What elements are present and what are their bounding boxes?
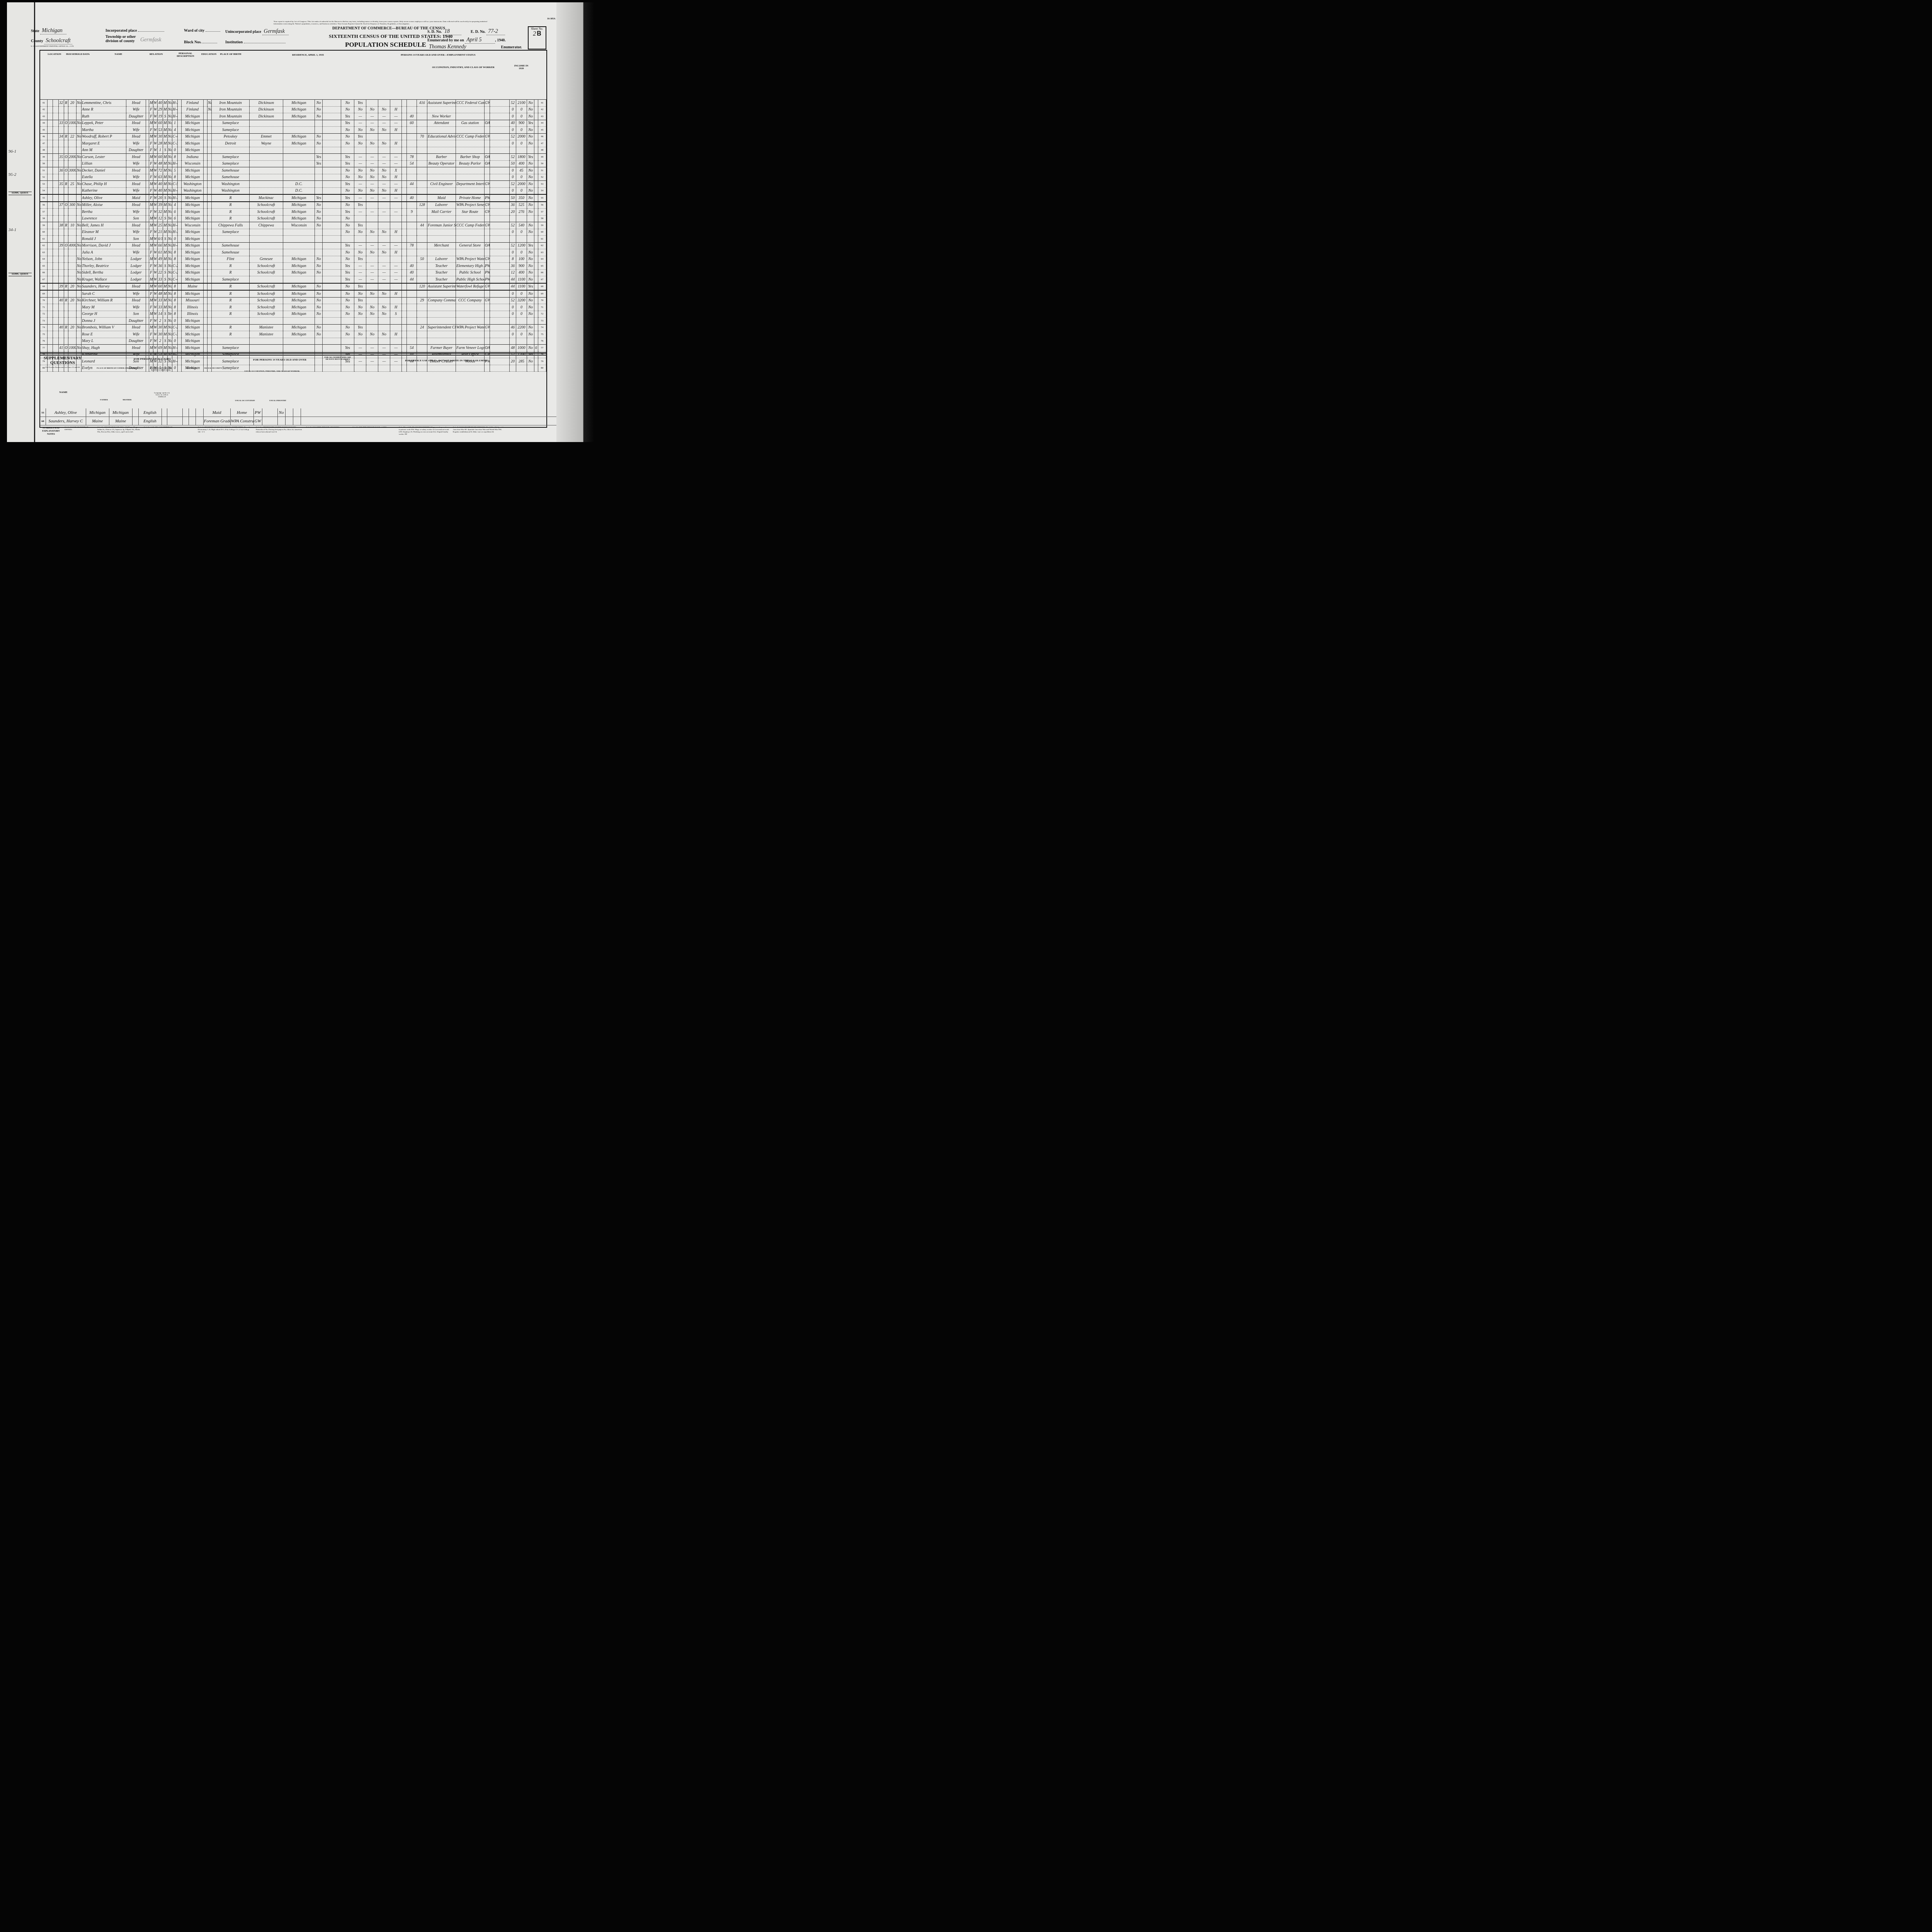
code-a-cell: [146, 318, 149, 325]
highest-grade-cell: H-2: [172, 100, 177, 107]
line-number-cell: 66: [40, 269, 47, 276]
farm-schedule-cell: [534, 304, 538, 311]
line-number-cell: 50: [40, 160, 47, 167]
code-f-cell: [490, 222, 510, 229]
supp-mother-tongue: MOTHER TONGUE (OR NATIVE LANGUAGE): [149, 367, 172, 371]
industry-cell: WPA Project Waterfowl Refuge: [456, 256, 484, 263]
age-cell: 22: [157, 269, 163, 276]
seeking-work-cell: [366, 236, 378, 243]
at-work-cell: No: [341, 133, 354, 140]
street-cell: [53, 324, 58, 331]
visit-number-cell: [47, 187, 53, 194]
visit-number-cell: [47, 290, 53, 297]
industry-cell: Department Interior: [456, 181, 484, 188]
supp-all-ages: FOR PERSONS OF ALL AGES: [106, 357, 199, 361]
hours-worked-cell: 44: [406, 276, 417, 283]
occupation-cell: New Worker: [427, 113, 456, 120]
other-income-cell: No: [527, 140, 534, 147]
residence-1935-city-cell: R: [212, 283, 249, 291]
street-cell: [53, 297, 58, 304]
visit-number-cell: [47, 324, 53, 331]
citizenship-cell: [207, 127, 212, 134]
wages-income-cell: 350: [516, 194, 527, 202]
owned-or-rented-cell: O: [64, 167, 68, 174]
code-a-cell: [146, 100, 149, 107]
code-d-cell: [323, 174, 341, 181]
class-of-worker-cell: GW: [484, 133, 490, 140]
occupation-cell: Foreman Junior Squad: [427, 222, 456, 229]
code-b-cell: [178, 120, 182, 127]
street-cell: [53, 100, 58, 107]
at-work-cell: Yes: [341, 242, 354, 249]
activity-cell: H: [390, 127, 402, 134]
person-name-cell: Katherine: [82, 187, 126, 194]
line-number-right-cell: 69: [538, 290, 546, 297]
citizenship-cell: [207, 256, 212, 263]
weeks-worked-cell: 0: [510, 311, 516, 318]
farm-schedule-cell: [534, 297, 538, 304]
code-a-cell: [146, 209, 149, 216]
home-value-cell: 20: [68, 283, 77, 291]
code-d-cell: [323, 338, 341, 345]
residence-1935-county-cell: [249, 187, 283, 194]
form-code: 16-305A: [547, 18, 555, 20]
person-name-cell: Mary L: [82, 338, 126, 345]
wages-income-cell: 100: [516, 256, 527, 263]
hours-worked-cell: [406, 297, 417, 304]
table-row: 4433O1000NoLeppek, PeterHeadMW60MNo1Mich…: [40, 120, 546, 127]
wages-income-cell: [516, 215, 527, 222]
visit-number-cell: [47, 133, 53, 140]
wages-income-cell: 0: [516, 127, 527, 134]
school-attendance-cell: No: [167, 147, 172, 154]
person-name-cell: Woodruff, Robert P: [82, 133, 126, 140]
code-a-cell: [146, 181, 149, 188]
seeking-work-cell: No: [366, 229, 378, 236]
farm-schedule-cell: [534, 256, 538, 263]
residence-1935-county-cell: Schoolcraft: [249, 311, 283, 318]
residence-1935-county-cell: [249, 167, 283, 174]
sex-cell: M: [149, 311, 153, 318]
owned-or-rented-cell: [64, 187, 68, 194]
weeks-unemployed-cell: [417, 276, 427, 283]
seeking-work-cell: No: [366, 167, 378, 174]
line-number-right-cell: 57: [538, 209, 546, 216]
code-b-cell: [178, 249, 182, 256]
school-attendance-cell: No: [167, 160, 172, 167]
code-c-cell: [203, 229, 207, 236]
supp-veterans: VETERANS: [181, 367, 202, 369]
line-number-cell: 68: [40, 417, 46, 425]
dwelling-number-cell: 38: [58, 222, 64, 229]
street-cell: [53, 276, 58, 283]
table-row: 71Mary MWifeFW33MNo8IllinoisRSchoolcraft…: [40, 304, 546, 311]
farm-schedule-cell: [534, 202, 538, 209]
seeking-work-cell: No: [366, 249, 378, 256]
wages-income-cell: 1100: [516, 283, 527, 291]
residence-1935-city-cell: [212, 236, 249, 243]
code-a-cell: [146, 304, 149, 311]
schedule-title: POPULATION SCHEDULE: [345, 41, 426, 49]
code-d-cell: [323, 324, 341, 331]
seeking-work-cell: —: [366, 154, 378, 161]
residence-1935-county-cell: Schoolcraft: [249, 263, 283, 270]
weeks-unemployed-cell: [417, 318, 427, 325]
class-of-worker-cell: [484, 290, 490, 297]
dwelling-number-cell: 34: [58, 133, 64, 140]
code-c-cell: [203, 269, 207, 276]
residence-1935-state-cell: Michigan: [283, 290, 315, 297]
table-row: 60Eleanor MWifeFW21MNoH-2MichiganSamepla…: [40, 229, 546, 236]
code-b-cell: [178, 222, 182, 229]
code-f-cell: [490, 290, 510, 297]
race-cell: W: [153, 276, 157, 283]
owned-or-rented-cell: [64, 256, 68, 263]
industry-cell: [456, 167, 484, 174]
line-number-right-cell: 52: [538, 174, 546, 181]
code-c-cell: [203, 209, 207, 216]
home-value-cell: [68, 290, 77, 297]
code-a-cell: [146, 229, 149, 236]
residence-1935-farm-cell: No: [315, 324, 323, 331]
code-a-cell: [146, 167, 149, 174]
home-value-cell: [68, 194, 77, 202]
has-job-cell: [378, 256, 390, 263]
home-value-cell: 10: [68, 222, 77, 229]
sex-cell: M: [149, 167, 153, 174]
population-schedule-grid: LOCATION HOUSEHOLD DATA NAME RELATION PE…: [39, 50, 547, 355]
race-cell: W: [153, 194, 157, 202]
farm-schedule-cell: [534, 209, 538, 216]
has-job-cell: —: [378, 120, 390, 127]
code-f-cell: [490, 311, 510, 318]
age-cell: 53: [157, 127, 163, 134]
relation-cell: Lodger: [126, 256, 146, 263]
age-cell: 66: [157, 242, 163, 249]
has-job-cell: [378, 236, 390, 243]
code-b-cell: [178, 167, 182, 174]
occupation-cell: Teacher: [427, 263, 456, 270]
has-job-cell: —: [378, 263, 390, 270]
citizenship-cell: [207, 276, 212, 283]
public-emergency-work-cell: No: [354, 311, 366, 318]
public-emergency-work-cell: Yes: [354, 202, 366, 209]
supp-col-usual-occ: USUAL OCCUPATION: [231, 400, 259, 402]
marital-status-cell: S: [163, 236, 167, 243]
residence-1935-city-cell: [212, 318, 249, 325]
residence-1935-farm-cell: [315, 174, 323, 181]
residence-1935-city-cell: Sameplace: [212, 229, 249, 236]
industry-cell: [456, 236, 484, 243]
code-c-cell: [203, 181, 207, 188]
public-emergency-work-cell: No: [354, 304, 366, 311]
dwelling-number-cell: [58, 318, 64, 325]
code-d-cell: [323, 106, 341, 113]
weeks-worked-cell: 52: [510, 133, 516, 140]
relation-cell: Wife: [126, 140, 146, 147]
person-name-cell: Kruger, Wallace: [82, 276, 126, 283]
other-income-cell: No: [527, 345, 534, 352]
highest-grade-cell: 8: [172, 304, 177, 311]
farm-residence-cell: No: [76, 154, 81, 161]
public-emergency-work-cell: Yes: [354, 283, 366, 291]
usual-occupation-cell: Maid: [203, 408, 230, 417]
visit-number-cell: [47, 331, 53, 338]
has-job-cell: [378, 338, 390, 345]
code-b-cell: [178, 345, 182, 352]
hours-worked-cell: 40: [406, 113, 417, 120]
code-e-cell: [402, 194, 406, 202]
code-a-cell: [146, 276, 149, 283]
ed-field: E. D. No. 77-2: [471, 29, 505, 35]
activity-cell: —: [390, 242, 402, 249]
line-number-cell: 61: [40, 236, 47, 243]
dwelling-number-cell: 32: [58, 100, 64, 107]
code-b-cell: [178, 140, 182, 147]
hours-worked-cell: 78: [406, 242, 417, 249]
table-row: 6839R20NoSaunders, HarveyHeadMW60MNo8Mai…: [40, 283, 546, 291]
class-of-worker-cell: [484, 229, 490, 236]
hours-worked-cell: [406, 338, 417, 345]
hours-worked-cell: [406, 249, 417, 256]
residence-1935-city-cell: R: [212, 290, 249, 297]
public-emergency-work-cell: No: [354, 127, 366, 134]
farm-schedule-cell: [534, 283, 538, 291]
race-cell: W: [153, 236, 157, 243]
residence-1935-state-cell: Michigan: [283, 209, 315, 216]
code-f-cell: [490, 120, 510, 127]
home-value-cell: 20: [68, 324, 77, 331]
table-row: 43RuthDaughterFW19SNoH-4MichiganIron Mou…: [40, 113, 546, 120]
birthplace-cell: Finland: [182, 106, 203, 113]
at-work-cell: Yes: [341, 160, 354, 167]
code-b-cell: [178, 242, 182, 249]
other-income-cell: No: [527, 167, 534, 174]
birthplace-cell: Washington: [182, 187, 203, 194]
margin-note: 96-1: [9, 149, 16, 154]
dwelling-number-cell: 35: [58, 154, 64, 161]
supp-col-usual-ind: USUAL INDUSTRY: [264, 400, 291, 402]
code-f-cell: [490, 269, 510, 276]
age-cell: 33: [157, 297, 163, 304]
table-row: 72George HSonMW14SYes8IllinoisRSchoolcra…: [40, 311, 546, 318]
race-cell: W: [153, 345, 157, 352]
citizenship-cell: [207, 236, 212, 243]
activity-cell: [390, 215, 402, 222]
age-first-marriage-cell: [285, 408, 293, 417]
highest-grade-cell: C-2: [172, 324, 177, 331]
weeks-unemployed-cell: [417, 194, 427, 202]
residence-1935-county-cell: Schoolcraft: [249, 209, 283, 216]
code-c-cell: [203, 276, 207, 283]
sex-cell: F: [149, 331, 153, 338]
veteran-war-cell: [189, 408, 196, 417]
code-d-cell: [323, 345, 341, 352]
hours-worked-cell: 54: [406, 345, 417, 352]
residence-1935-state-cell: [283, 147, 315, 154]
occupation-cell: [427, 290, 456, 297]
seeking-work-cell: —: [366, 345, 378, 352]
line-number-right-cell: 41: [538, 100, 546, 107]
age-cell: 28: [157, 140, 163, 147]
code-cell: [162, 417, 167, 425]
residence-1935-farm-cell: [315, 236, 323, 243]
age-cell: 29: [157, 106, 163, 113]
marital-status-cell: M: [163, 202, 167, 209]
farm-residence-cell: [76, 215, 81, 222]
age-cell: 30: [157, 324, 163, 331]
supp-table: 55Ashley, OliveMichiganMichiganEnglishMa…: [40, 408, 578, 425]
school-attendance-cell: No: [167, 174, 172, 181]
sex-cell: F: [149, 127, 153, 134]
residence-1935-state-cell: [283, 242, 315, 249]
farm-residence-cell: No: [76, 269, 81, 276]
weeks-worked-cell: 0: [510, 290, 516, 297]
at-work-cell: No: [341, 202, 354, 209]
code-c-cell: [203, 311, 207, 318]
activity-cell: [390, 202, 402, 209]
code-c-cell: [203, 236, 207, 243]
highest-grade-cell: 8: [172, 154, 177, 161]
activity-cell: [390, 318, 402, 325]
class-of-worker-cell: GW: [484, 202, 490, 209]
public-emergency-work-cell: No: [354, 229, 366, 236]
code-b-cell: [178, 154, 182, 161]
visit-number-cell: [47, 249, 53, 256]
occupation-cell: [427, 106, 456, 113]
dwelling-number-cell: 37: [58, 202, 64, 209]
weeks-worked-cell: 0: [510, 229, 516, 236]
other-income-cell: No: [527, 290, 534, 297]
other-income-cell: No: [527, 202, 534, 209]
sheet-number-box: Sheet No. 2 B: [528, 26, 546, 49]
supp-subtitle: For Persons Enumerated on Lines 55 and 6…: [41, 367, 84, 369]
owned-or-rented-cell: [64, 209, 68, 216]
farm-residence-cell: [76, 174, 81, 181]
occupation-cell: [427, 215, 456, 222]
hours-worked-cell: 44: [406, 181, 417, 188]
census-table: 4132R20NoLemmentine, ChrisHeadMW40MNoH-2…: [40, 99, 546, 372]
public-emergency-work-cell: —: [354, 120, 366, 127]
residence-1935-farm-cell: [315, 187, 323, 194]
visit-number-cell: [47, 318, 53, 325]
code-f-cell: [490, 174, 510, 181]
group-education: EDUCATION: [200, 53, 218, 56]
owned-or-rented-cell: O: [64, 242, 68, 249]
visit-number-cell: [47, 174, 53, 181]
industry-cell: Barber Shop: [456, 154, 484, 161]
sex-cell: F: [149, 290, 153, 297]
code-f-cell: [490, 249, 510, 256]
line-number-cell: 69: [40, 290, 47, 297]
hours-worked-cell: [406, 106, 417, 113]
code-b-cell: [178, 209, 182, 216]
has-job-cell: [378, 202, 390, 209]
note-had-job: Col. 24. DID THE PERSON HAVE A JOB?: [352, 427, 395, 429]
code-e-cell: [402, 127, 406, 134]
owned-or-rented-cell: [64, 318, 68, 325]
residence-1935-farm-cell: [315, 318, 323, 325]
industry-cell: Farm Veneer Logs: [456, 345, 484, 352]
has-job-cell: —: [378, 276, 390, 283]
school-attendance-cell: No: [167, 297, 172, 304]
hours-worked-cell: [406, 222, 417, 229]
dwelling-number-cell: [58, 269, 64, 276]
sex-cell: F: [149, 160, 153, 167]
activity-cell: —: [390, 276, 402, 283]
block-field: Block Nos.: [184, 40, 217, 44]
highest-grade-cell: H-2: [172, 194, 177, 202]
occupation-cell: [427, 304, 456, 311]
weeks-unemployed-cell: [417, 263, 427, 270]
at-work-cell: Yes: [341, 181, 354, 188]
class-of-worker-cell: GW: [253, 417, 262, 425]
school-attendance-cell: No: [167, 256, 172, 263]
code-c-cell: [203, 113, 207, 120]
relation-cell: Daughter: [126, 113, 146, 120]
other-income-cell: Yes: [527, 154, 534, 161]
seeking-work-cell: [366, 338, 378, 345]
code-f-cell: [490, 140, 510, 147]
race-cell: W: [153, 269, 157, 276]
seeking-work-cell: —: [366, 269, 378, 276]
residence-1935-state-cell: Michigan: [283, 311, 315, 318]
race-cell: W: [153, 297, 157, 304]
birthplace-cell: Illinois: [182, 311, 203, 318]
industry-cell: Private Home: [456, 194, 484, 202]
supp-row: 68Saunders, Harvey CMaineMaineEnglishFor…: [40, 417, 577, 425]
sex-cell: F: [149, 304, 153, 311]
highest-grade-cell: 8: [172, 311, 177, 318]
farm-schedule-cell: [534, 236, 538, 243]
line-number-right-cell: 75: [538, 331, 546, 338]
line-number-right-cell: 46: [538, 133, 546, 140]
code-e-cell: [402, 187, 406, 194]
street-cell: [53, 140, 58, 147]
home-value-cell: [68, 249, 77, 256]
hours-worked-cell: [406, 331, 417, 338]
group-household: HOUSEHOLD DATA: [63, 53, 92, 56]
age-cell: 6/12: [157, 236, 163, 243]
seeking-work-cell: —: [366, 194, 378, 202]
marital-status-cell: M: [163, 160, 167, 167]
code-c-cell: [203, 256, 207, 263]
visit-number-cell: [47, 120, 53, 127]
table-row: 58LawrenceSonMW12SYes6MichiganRSchoolcra…: [40, 215, 546, 222]
ed-value: 77-2: [486, 29, 505, 35]
code-e-cell: [402, 236, 406, 243]
residence-1935-farm-cell: No: [315, 202, 323, 209]
code-c-cell: [203, 174, 207, 181]
census-sheet: 96-1 95-2 34-1 SUPPL. QUEST. SUPPL. QUES…: [7, 2, 594, 442]
class-of-worker-cell: [484, 147, 490, 154]
line-number-cell: 77: [40, 345, 47, 352]
code-c-cell: [203, 297, 207, 304]
home-value-cell: 20: [68, 297, 77, 304]
line-number-right-cell: 55: [538, 194, 546, 202]
code-f-cell: [490, 147, 510, 154]
supp-over14: FOR PERSONS 14 YEARS OLD AND OVER: [241, 358, 318, 361]
residence-1935-farm-cell: No: [315, 263, 323, 270]
public-emergency-work-cell: —: [354, 194, 366, 202]
age-cell: 1: [157, 147, 163, 154]
age-cell: 72: [157, 167, 163, 174]
residence-1935-city-cell: Samehouse: [212, 249, 249, 256]
visit-number-cell: [47, 263, 53, 270]
class-of-worker-cell: [484, 311, 490, 318]
home-value-cell: 3000: [68, 167, 77, 174]
race-cell: W: [153, 331, 157, 338]
